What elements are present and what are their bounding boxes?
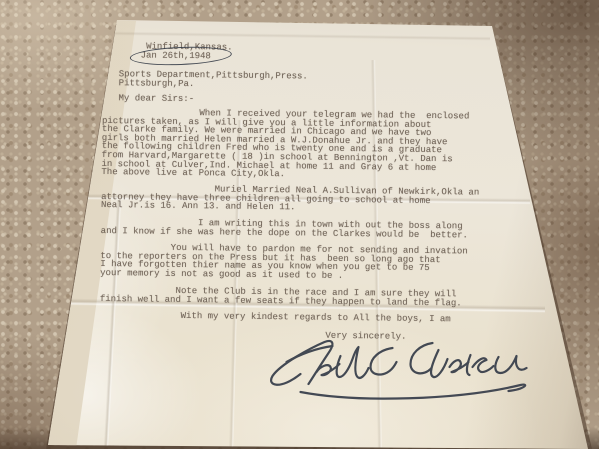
- body-paragraph-3: I am writing this in town with out the b…: [101, 218, 468, 240]
- letter-paper: Winfield,Kansas. Jan 26th,1948 Sports De…: [0, 0, 599, 449]
- inside-address: Sports Department,Pittsburgh,Press. Pitt…: [102, 70, 307, 90]
- body-paragraph-4: You will have to pardon me for not sendi…: [100, 243, 468, 282]
- fold-crease: [103, 200, 121, 449]
- body-paragraph-5: Note the Club is in the race and I am su…: [100, 286, 462, 308]
- body-paragraph-1: When I received your telegram we had the…: [101, 108, 469, 181]
- closing-line: With my very kindest regards to All the …: [100, 311, 451, 324]
- photo-of-letter-on-carpet: Winfield,Kansas. Jan 26th,1948 Sports De…: [0, 0, 599, 449]
- fold-crease: [110, 31, 490, 40]
- typed-letter-body: Winfield,Kansas. Jan 26th,1948 Sports De…: [102, 42, 503, 159]
- handwritten-signature: [256, 326, 561, 410]
- salutation: My dear Sirs:-: [102, 94, 194, 104]
- body-paragraph-2: Muriel Married Neal A.Sullivan of Newkir…: [101, 184, 479, 214]
